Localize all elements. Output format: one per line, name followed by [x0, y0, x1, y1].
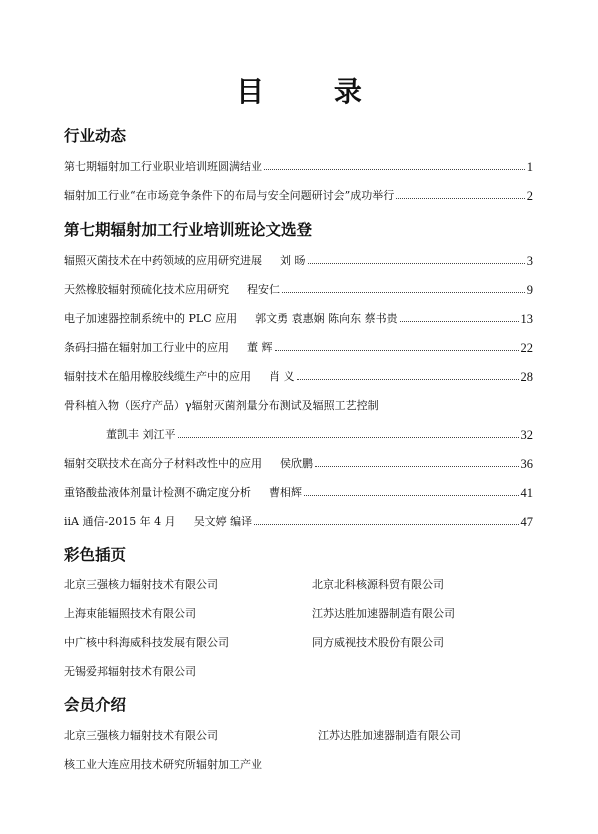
toc-page: 目 录 行业动态 第七期辐射加工行业职业培训班圆满结业 1 辐射加工行业“在市场… — [0, 0, 598, 834]
entry-authors: 董 辉 — [247, 341, 273, 355]
entry-title: iiA 通信-2015 年 4 月 — [64, 515, 176, 529]
entry-authors: 程安仁 — [247, 283, 280, 297]
entry-title: 电子加速器控制系统中的 PLC 应用 — [64, 312, 237, 326]
entry-title: 辐射加工行业“在市场竞争条件下的布局与安全问题研讨会”成功举行 — [64, 189, 394, 203]
dot-leader — [315, 466, 519, 467]
toc-entry[interactable]: 条码扫描在辐射加工行业中的应用 董 辉 22 — [64, 339, 533, 355]
page-number: 28 — [521, 370, 534, 384]
page-number: 47 — [521, 515, 534, 529]
dot-leader — [297, 379, 519, 380]
toc-entry[interactable]: 辐射交联技术在高分子材料改性中的应用 侯欣鹏 36 — [64, 455, 533, 471]
dot-leader — [308, 263, 525, 264]
toc-entry-title-line[interactable]: 骨科植入物（医疗产品）γ辐射灭菌剂量分布测试及辐照工艺控制 — [64, 397, 533, 413]
company-item[interactable]: 江苏达胜加速器制造有限公司 — [318, 727, 461, 743]
company-item[interactable]: 同方威视技术股份有限公司 — [312, 634, 444, 650]
page-number: 9 — [527, 283, 533, 297]
toc-entry[interactable]: 辐射加工行业“在市场竞争条件下的布局与安全问题研讨会”成功举行 2 — [64, 187, 533, 203]
toc-entry-continuation[interactable]: 董凯丰 刘江平 32 — [106, 426, 533, 442]
toc-entry[interactable]: 辐射技术在船用橡胶线缆生产中的应用 肖 义 28 — [64, 368, 533, 384]
entry-authors: 刘 旸 — [280, 254, 306, 268]
toc-entry[interactable]: iiA 通信-2015 年 4 月 吴文婷 编译 47 — [64, 513, 533, 529]
dot-leader — [254, 524, 518, 525]
dot-leader — [396, 198, 525, 199]
company-item[interactable]: 江苏达胜加速器制造有限公司 — [312, 605, 455, 621]
section-heading-industry-news: 行业动态 — [64, 124, 126, 146]
page-number: 1 — [527, 160, 533, 174]
toc-entry[interactable]: 重铬酸盐液体剂量计检测不确定度分析 曹相辉 41 — [64, 484, 533, 500]
company-item[interactable]: 北京三强核力辐射技术有限公司 — [64, 576, 218, 592]
dot-leader — [304, 495, 519, 496]
entry-authors: 曹相辉 — [269, 486, 302, 500]
entry-authors: 郭文勇 袁惠娴 陈向东 蔡书贵 — [255, 312, 398, 326]
toc-entry[interactable]: 电子加速器控制系统中的 PLC 应用 郭文勇 袁惠娴 陈向东 蔡书贵 13 — [64, 310, 533, 326]
company-item[interactable]: 中广核中科海威科技发展有限公司 — [64, 634, 229, 650]
entry-authors: 肖 义 — [269, 370, 295, 384]
dot-leader — [275, 350, 519, 351]
dot-leader — [178, 437, 519, 438]
company-item[interactable]: 无锡爱邦辐射技术有限公司 — [64, 663, 196, 679]
company-item[interactable]: 北京三强核力辐射技术有限公司 — [64, 727, 218, 743]
entry-title: 条码扫描在辐射加工行业中的应用 — [64, 341, 229, 355]
page-number: 2 — [527, 189, 533, 203]
page-number: 3 — [527, 254, 533, 268]
toc-entry[interactable]: 天然橡胶辐射预硫化技术应用研究 程安仁 9 — [64, 281, 533, 297]
section-heading-members: 会员介绍 — [64, 693, 126, 715]
page-number: 22 — [521, 341, 534, 355]
toc-entry[interactable]: 辐照灭菌技术在中药领域的应用研究进展 刘 旸 3 — [64, 252, 533, 268]
page-number: 32 — [521, 428, 534, 442]
entry-title: 辐射技术在船用橡胶线缆生产中的应用 — [64, 370, 251, 384]
company-item[interactable]: 上海束能辐照技术有限公司 — [64, 605, 196, 621]
entry-authors: 董凯丰 刘江平 — [106, 428, 176, 442]
entry-title: 天然橡胶辐射预硫化技术应用研究 — [64, 283, 229, 297]
entry-title: 重铬酸盐液体剂量计检测不确定度分析 — [64, 486, 251, 500]
dot-leader — [264, 169, 525, 170]
dot-leader — [400, 321, 519, 322]
section-heading-papers: 第七期辐射加工行业培训班论文选登 — [64, 218, 312, 240]
entry-authors: 侯欣鹏 — [280, 457, 313, 471]
entry-title: 辐照灭菌技术在中药领域的应用研究进展 — [64, 254, 262, 268]
section-heading-color-inserts: 彩色插页 — [64, 543, 126, 565]
entry-title: 辐射交联技术在高分子材料改性中的应用 — [64, 457, 262, 471]
page-number: 36 — [521, 457, 534, 471]
entry-authors: 吴文婷 编译 — [194, 515, 253, 529]
page-number: 13 — [521, 312, 534, 326]
dot-leader — [282, 292, 525, 293]
company-item[interactable]: 核工业大连应用技术研究所辐射加工产业 — [64, 756, 262, 772]
page-title: 目 录 — [0, 70, 598, 110]
entry-title: 第七期辐射加工行业职业培训班圆满结业 — [64, 160, 262, 174]
toc-entry[interactable]: 第七期辐射加工行业职业培训班圆满结业 1 — [64, 158, 533, 174]
entry-title: 骨科植入物（医疗产品）γ辐射灭菌剂量分布测试及辐照工艺控制 — [64, 399, 379, 413]
page-number: 41 — [521, 486, 534, 500]
company-item[interactable]: 北京北科核源科贸有限公司 — [312, 576, 444, 592]
